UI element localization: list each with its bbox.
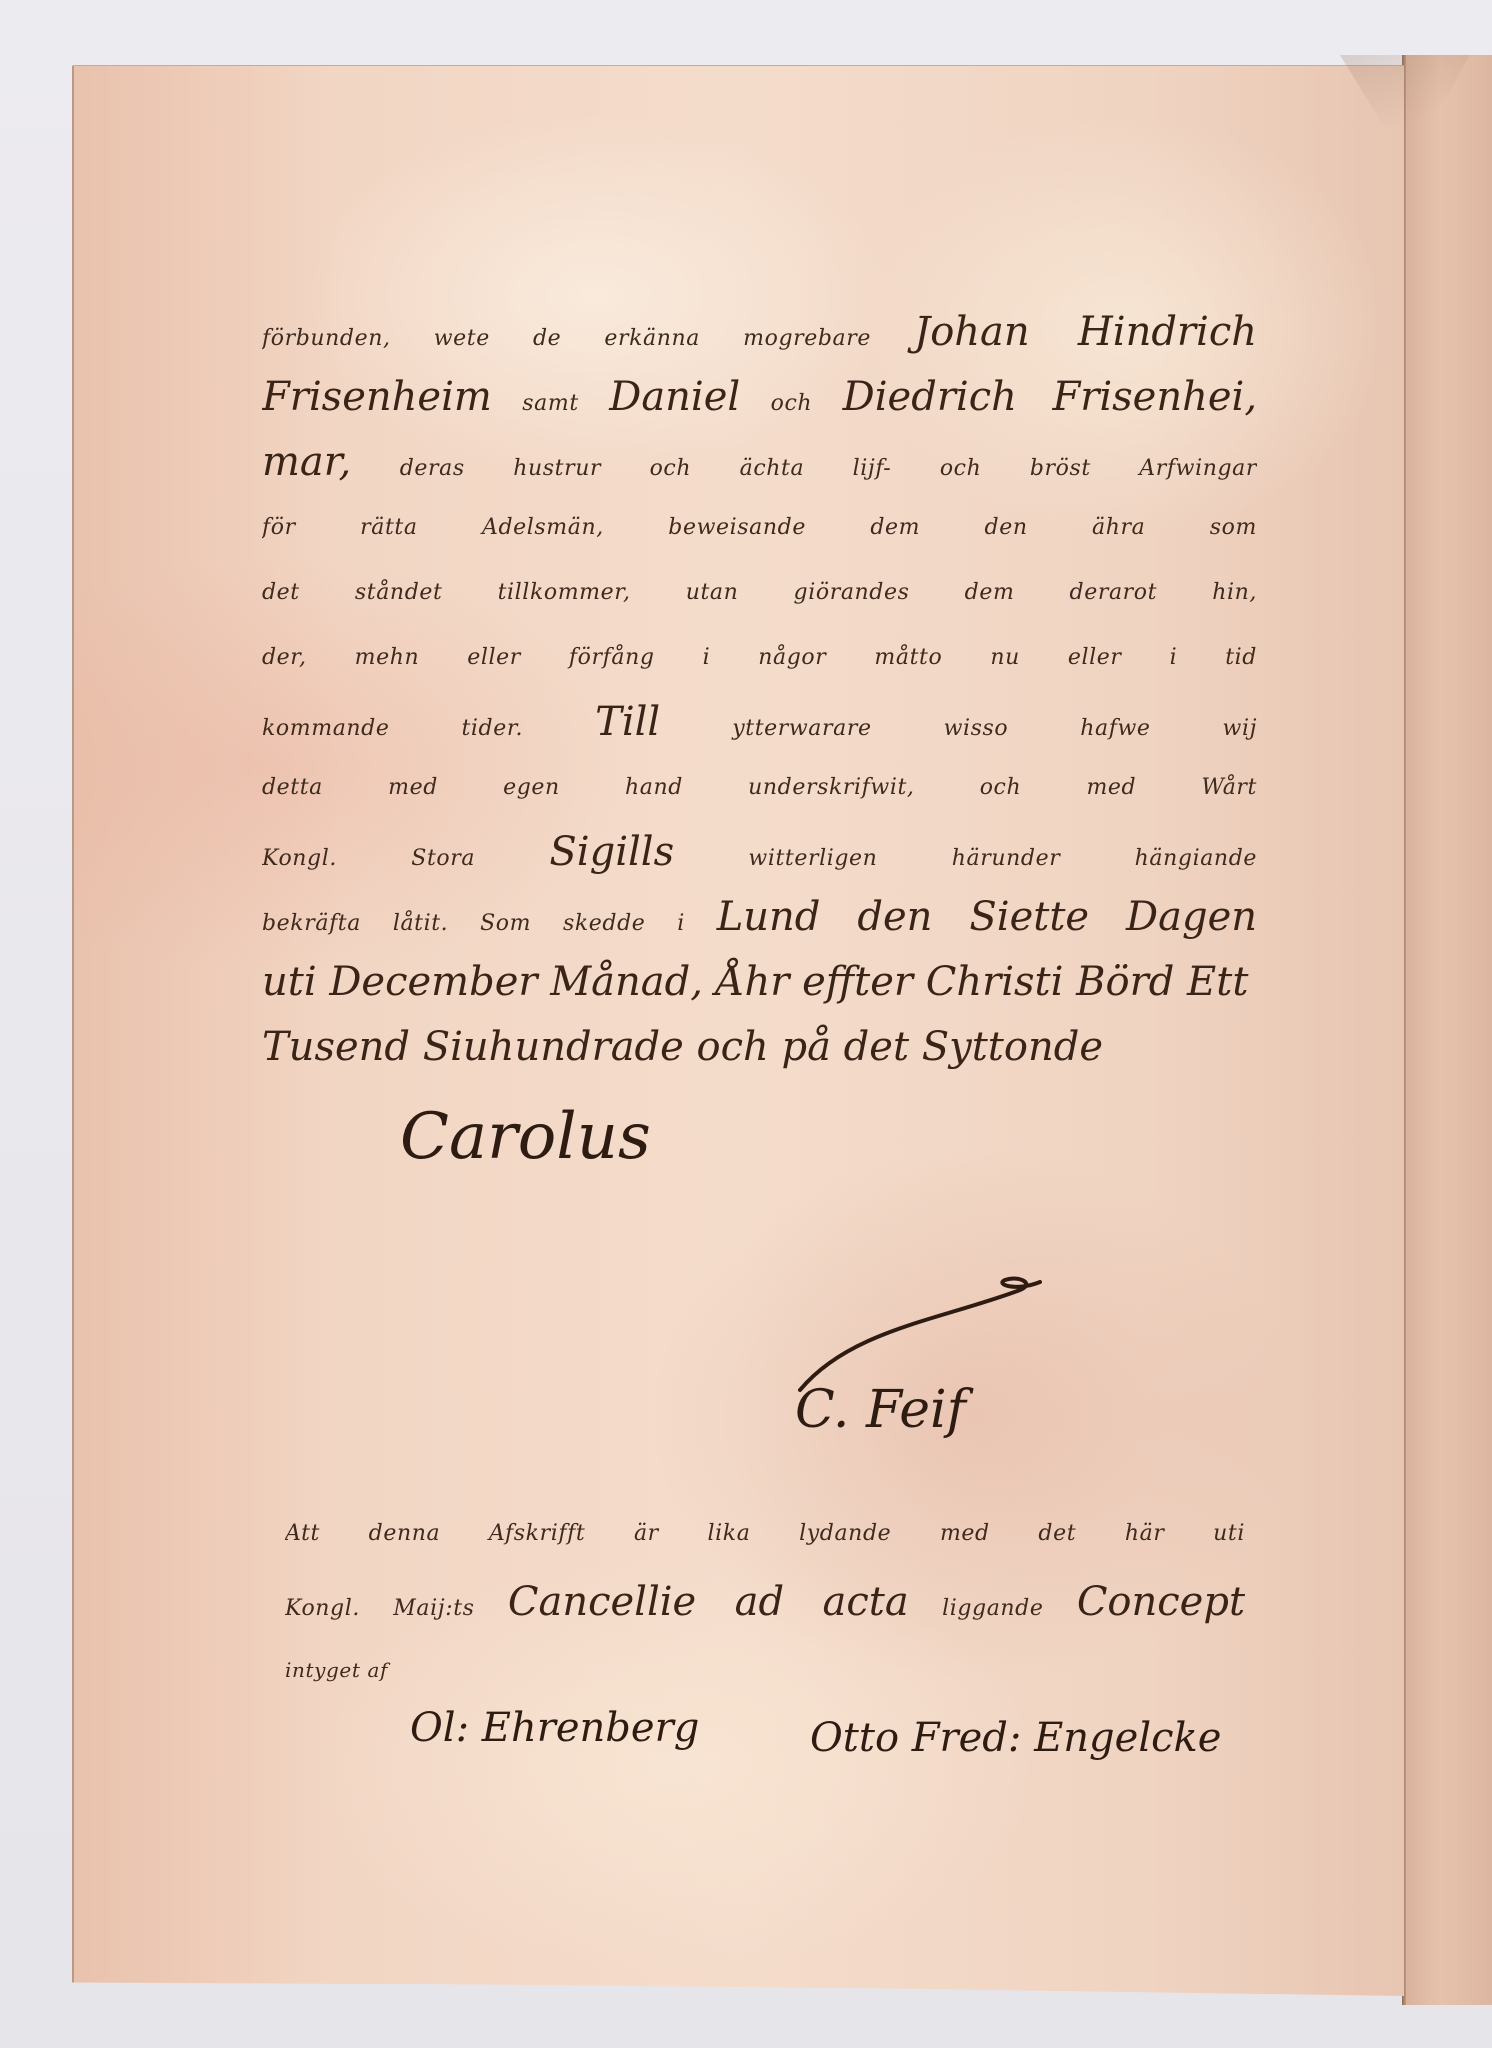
- body-text: samt: [522, 391, 579, 416]
- name-frisenheim: Frisenheim: [262, 374, 492, 420]
- body-line-10: bekräfta låtit. Som skedde i Lund den Si…: [262, 885, 1257, 950]
- manuscript-body: förbunden, wete de erkänna mogrebare Joh…: [262, 300, 1257, 1080]
- attest-line-2: Kongl. Maij:ts Cancellie ad acta liggand…: [285, 1568, 1245, 1636]
- word-sigills: Sigills: [549, 829, 674, 875]
- body-text: och: [771, 391, 813, 416]
- body-line-6: der, mehn eller förfång i någor måtto nu…: [262, 625, 1257, 690]
- name-daniel: Daniel: [609, 374, 740, 420]
- body-text: bekräfta låtit. Som skedde i: [262, 911, 685, 936]
- body-text: ytterwarare wisso hafwe wij: [732, 716, 1257, 741]
- attestation-block: Att denna Afskrifft är lika lydande med …: [285, 1500, 1245, 1704]
- attest-text: intyget af: [285, 1658, 388, 1682]
- body-line-1: förbunden, wete de erkänna mogrebare Joh…: [262, 300, 1257, 365]
- name-johan-hindrich: Johan Hindrich: [914, 309, 1257, 355]
- signature-engelcke: Otto Fred: Engelcke: [810, 1715, 1221, 1761]
- word-till: Till: [595, 699, 660, 745]
- body-line-9: Kongl. Stora Sigills witterligen härunde…: [262, 820, 1257, 885]
- body-line-7: kommande tider. Till ytterwarare wisso h…: [262, 690, 1257, 755]
- scan-background: förbunden, wete de erkänna mogrebare Joh…: [0, 0, 1492, 2048]
- date-text: uti December Månad, Åhr effter Christi B…: [262, 959, 1248, 1005]
- body-line-4: för rätta Adelsmän, beweisande dem den ä…: [262, 495, 1257, 560]
- attest-text: liggande: [942, 1596, 1043, 1621]
- body-line-12: Tusend Siuhundrade och på det Syttonde: [262, 1015, 1257, 1080]
- facing-page-edge: [1406, 55, 1492, 2005]
- signature-feif: C. Feif: [795, 1380, 966, 1440]
- body-text: för rätta Adelsmän, beweisande dem den ä…: [262, 515, 1257, 540]
- body-line-11: uti December Månad, Åhr effter Christi B…: [262, 950, 1257, 1015]
- body-text: detta med egen hand underskrifwit, och m…: [262, 775, 1257, 800]
- attest-concept: Concept: [1077, 1579, 1245, 1625]
- body-text: deras hustrur och ächta lijf- och bröst …: [400, 456, 1257, 481]
- name-diedrich-frisenheimar: Diedrich Frisenhei,: [843, 374, 1257, 420]
- attest-text: Att denna Afskrifft är lika lydande med …: [285, 1521, 1245, 1546]
- body-text: kommande tider.: [262, 716, 523, 741]
- body-line-8: detta med egen hand underskrifwit, och m…: [262, 755, 1257, 820]
- body-text: förbunden, wete de erkänna mogrebare: [262, 326, 871, 351]
- attest-text: Kongl. Maij:ts: [285, 1596, 475, 1621]
- body-text: det ståndet tillkommer, utan giörandes d…: [262, 580, 1257, 605]
- signature-carolus: Carolus: [400, 1100, 651, 1174]
- attest-cancellie: Cancellie ad acta: [508, 1579, 909, 1625]
- body-line-2: Frisenheim samt Daniel och Diedrich Fris…: [262, 365, 1257, 430]
- name-fragment: mar,: [262, 439, 351, 485]
- attest-line-3: intyget af: [285, 1636, 1245, 1704]
- body-line-5: det ståndet tillkommer, utan giörandes d…: [262, 560, 1257, 625]
- body-line-3: mar, deras hustrur och ächta lijf- och b…: [262, 430, 1257, 495]
- body-text: witterligen härunder hängiande: [748, 846, 1257, 871]
- signature-ehrenberg: Ol: Ehrenberg: [410, 1705, 699, 1751]
- body-text: der, mehn eller förfång i någor måtto nu…: [262, 645, 1257, 670]
- year-text: Tusend Siuhundrade och på det Syttonde: [262, 1024, 1103, 1070]
- body-text: Kongl. Stora: [262, 846, 475, 871]
- attest-line-1: Att denna Afskrifft är lika lydande med …: [285, 1500, 1245, 1568]
- date-place-text: Lund den Siette Dagen: [717, 894, 1257, 940]
